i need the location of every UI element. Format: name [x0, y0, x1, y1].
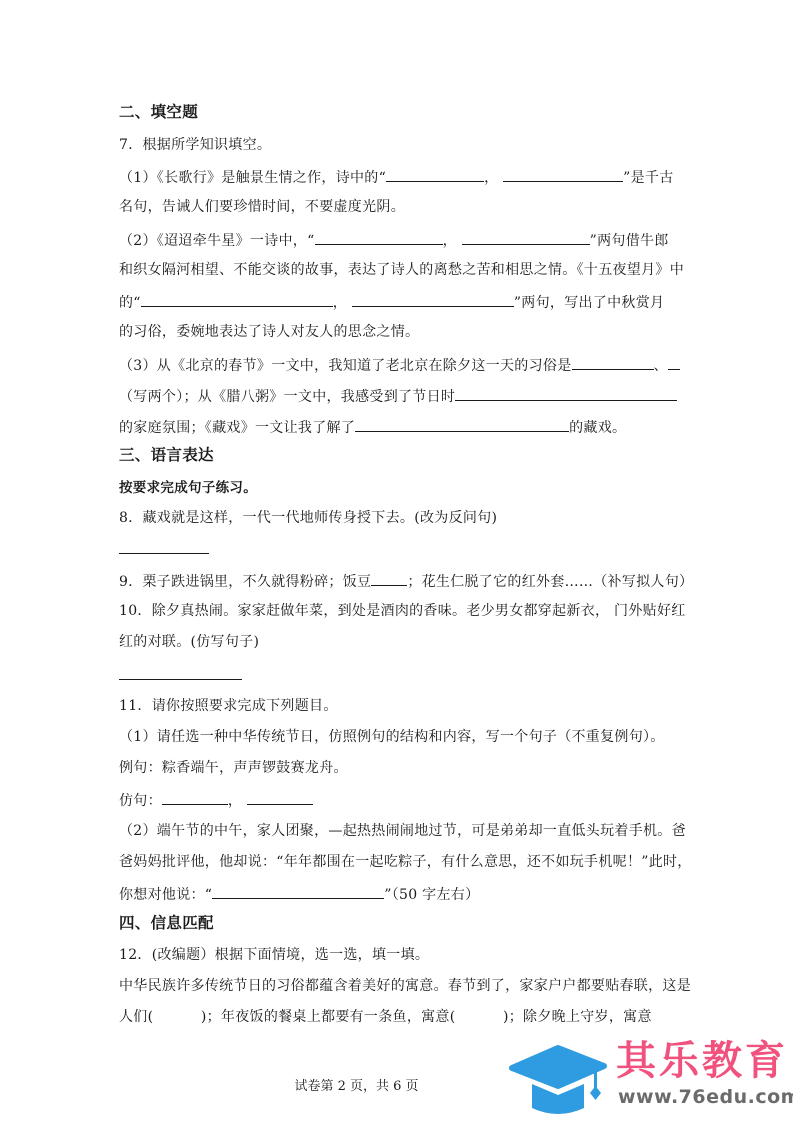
answer-blank[interactable] [371, 571, 407, 586]
question-10: 10．除夕真热闹。家家赶做年菜，到处是酒肉的香味。老少男女都穿起新衣， 门外贴好… [119, 602, 686, 620]
answer-blank[interactable] [386, 167, 484, 182]
section-instruction: 按要求完成句子练习。 [119, 479, 257, 497]
answer-line-q10[interactable] [119, 679, 242, 680]
question-7-part-1: （1）《长歌行》是触景生情之作，诗中的“， ”是千古 [119, 167, 674, 187]
question-12-line1: 中华民族许多传统节日的习俗都蕴含着美好的寓意。春节到了，家家户户都要贴春联，这是 [119, 977, 691, 995]
question-9: 9．栗子跌进锅里，不久就得粉碎；饭豆；花生仁脱了它的红外套……（补写拟人句） [119, 571, 693, 591]
answer-blank[interactable] [355, 417, 569, 432]
question-7-part-2-line4: 的习俗，委婉地表达了诗人对友人的思念之情。 [119, 323, 419, 341]
answer-blank[interactable] [668, 355, 680, 370]
question-11-part-2: （2）端午节的中午，家人团聚，—起热热闹闹地过节，可是弟弟却一直低头玩着手机。爸 [119, 822, 686, 840]
brand-url: www.76edu.com [618, 1086, 793, 1108]
question-11-part-2-cont: 爸妈妈批评他，他却说：“年年都围在一起吃粽子，有什么意思，还不如玩手机呢！”此时… [119, 853, 692, 871]
exam-page: 二、填空题 7．根据所学知识填空。 （1）《长歌行》是触景生情之作，诗中的“， … [0, 0, 793, 1122]
question-7-part-2-line3: 的“， ”两句，写出了中秋赏月 [119, 292, 664, 312]
question-8: 8．藏戏就是这样，一代一代地师传身授下去。(改为反问句) [119, 509, 497, 527]
section-title-fill-in: 二、填空题 [119, 103, 198, 121]
watermark-logo: 其乐教育 www.76edu.com [508, 1038, 793, 1122]
answer-blank[interactable] [503, 167, 623, 182]
section-title-language-expression: 三、语言表达 [119, 446, 214, 464]
question-7-stem: 7．根据所学知识填空。 [119, 136, 271, 154]
question-11-imitate: 仿句：， [119, 790, 313, 810]
answer-blank[interactable] [315, 230, 443, 245]
question-7-part-2: （2）《迢迢牵牛星》一诗中，“， ”两句借牛郎 [119, 230, 669, 250]
question-11-example: 例句：粽香端午，声声锣鼓赛龙舟。 [119, 759, 348, 777]
question-7-part-2-cont: 和织女隔河相望、不能交谈的故事，表达了诗人的离愁之苦和相思之情。《十五夜望月》中 [119, 261, 684, 279]
section-title-info-matching: 四、信息匹配 [119, 914, 214, 932]
question-11-part-1: （1）请任选一种中华传统节日，仿照例句的结构和内容，写一个句子（不重复例句）。 [119, 728, 665, 746]
answer-blank[interactable] [162, 790, 228, 805]
question-7-part-3-line3: 的家庭氛围；《藏戏》一文让我了解了的藏戏。 [119, 417, 626, 437]
answer-blank[interactable] [455, 386, 677, 401]
answer-line-q8[interactable] [119, 553, 209, 554]
answer-blank[interactable] [462, 230, 590, 245]
answer-blank[interactable] [141, 292, 333, 307]
question-11-part-2-line3: 你想对他说：“”（50 字左右） [119, 884, 479, 904]
answer-blank[interactable] [572, 355, 654, 370]
question-10-cont: 红的对联。(仿写句子) [119, 633, 259, 651]
answer-blank[interactable] [212, 884, 384, 899]
question-7-part-1-cont: 名句，告诫人们要珍惜时间，不要虚度光阴。 [119, 198, 405, 216]
graduation-cap-icon [508, 1042, 608, 1118]
answer-blank[interactable] [247, 790, 313, 805]
question-12-line2: 人们( )；年夜饭的餐桌上都要有一条鱼，寓意( )；除夕晚上守岁，寓意 [119, 1008, 652, 1026]
brand-name: 其乐教育 [616, 1038, 788, 1084]
question-12-stem: 12．(改编题）根据下面情境，选一选，填一填。 [119, 946, 429, 964]
answer-blank[interactable] [352, 292, 514, 307]
question-7-part-3-line2: （写两个）；从《腊八粥》一文中，我感受到了节日时 [119, 386, 677, 406]
question-11-stem: 11．请你按照要求完成下列题目。 [119, 697, 338, 715]
question-7-part-3: （3）从《北京的春节》一文中，我知道了老北京在除夕这一天的习俗是、 [119, 355, 680, 375]
